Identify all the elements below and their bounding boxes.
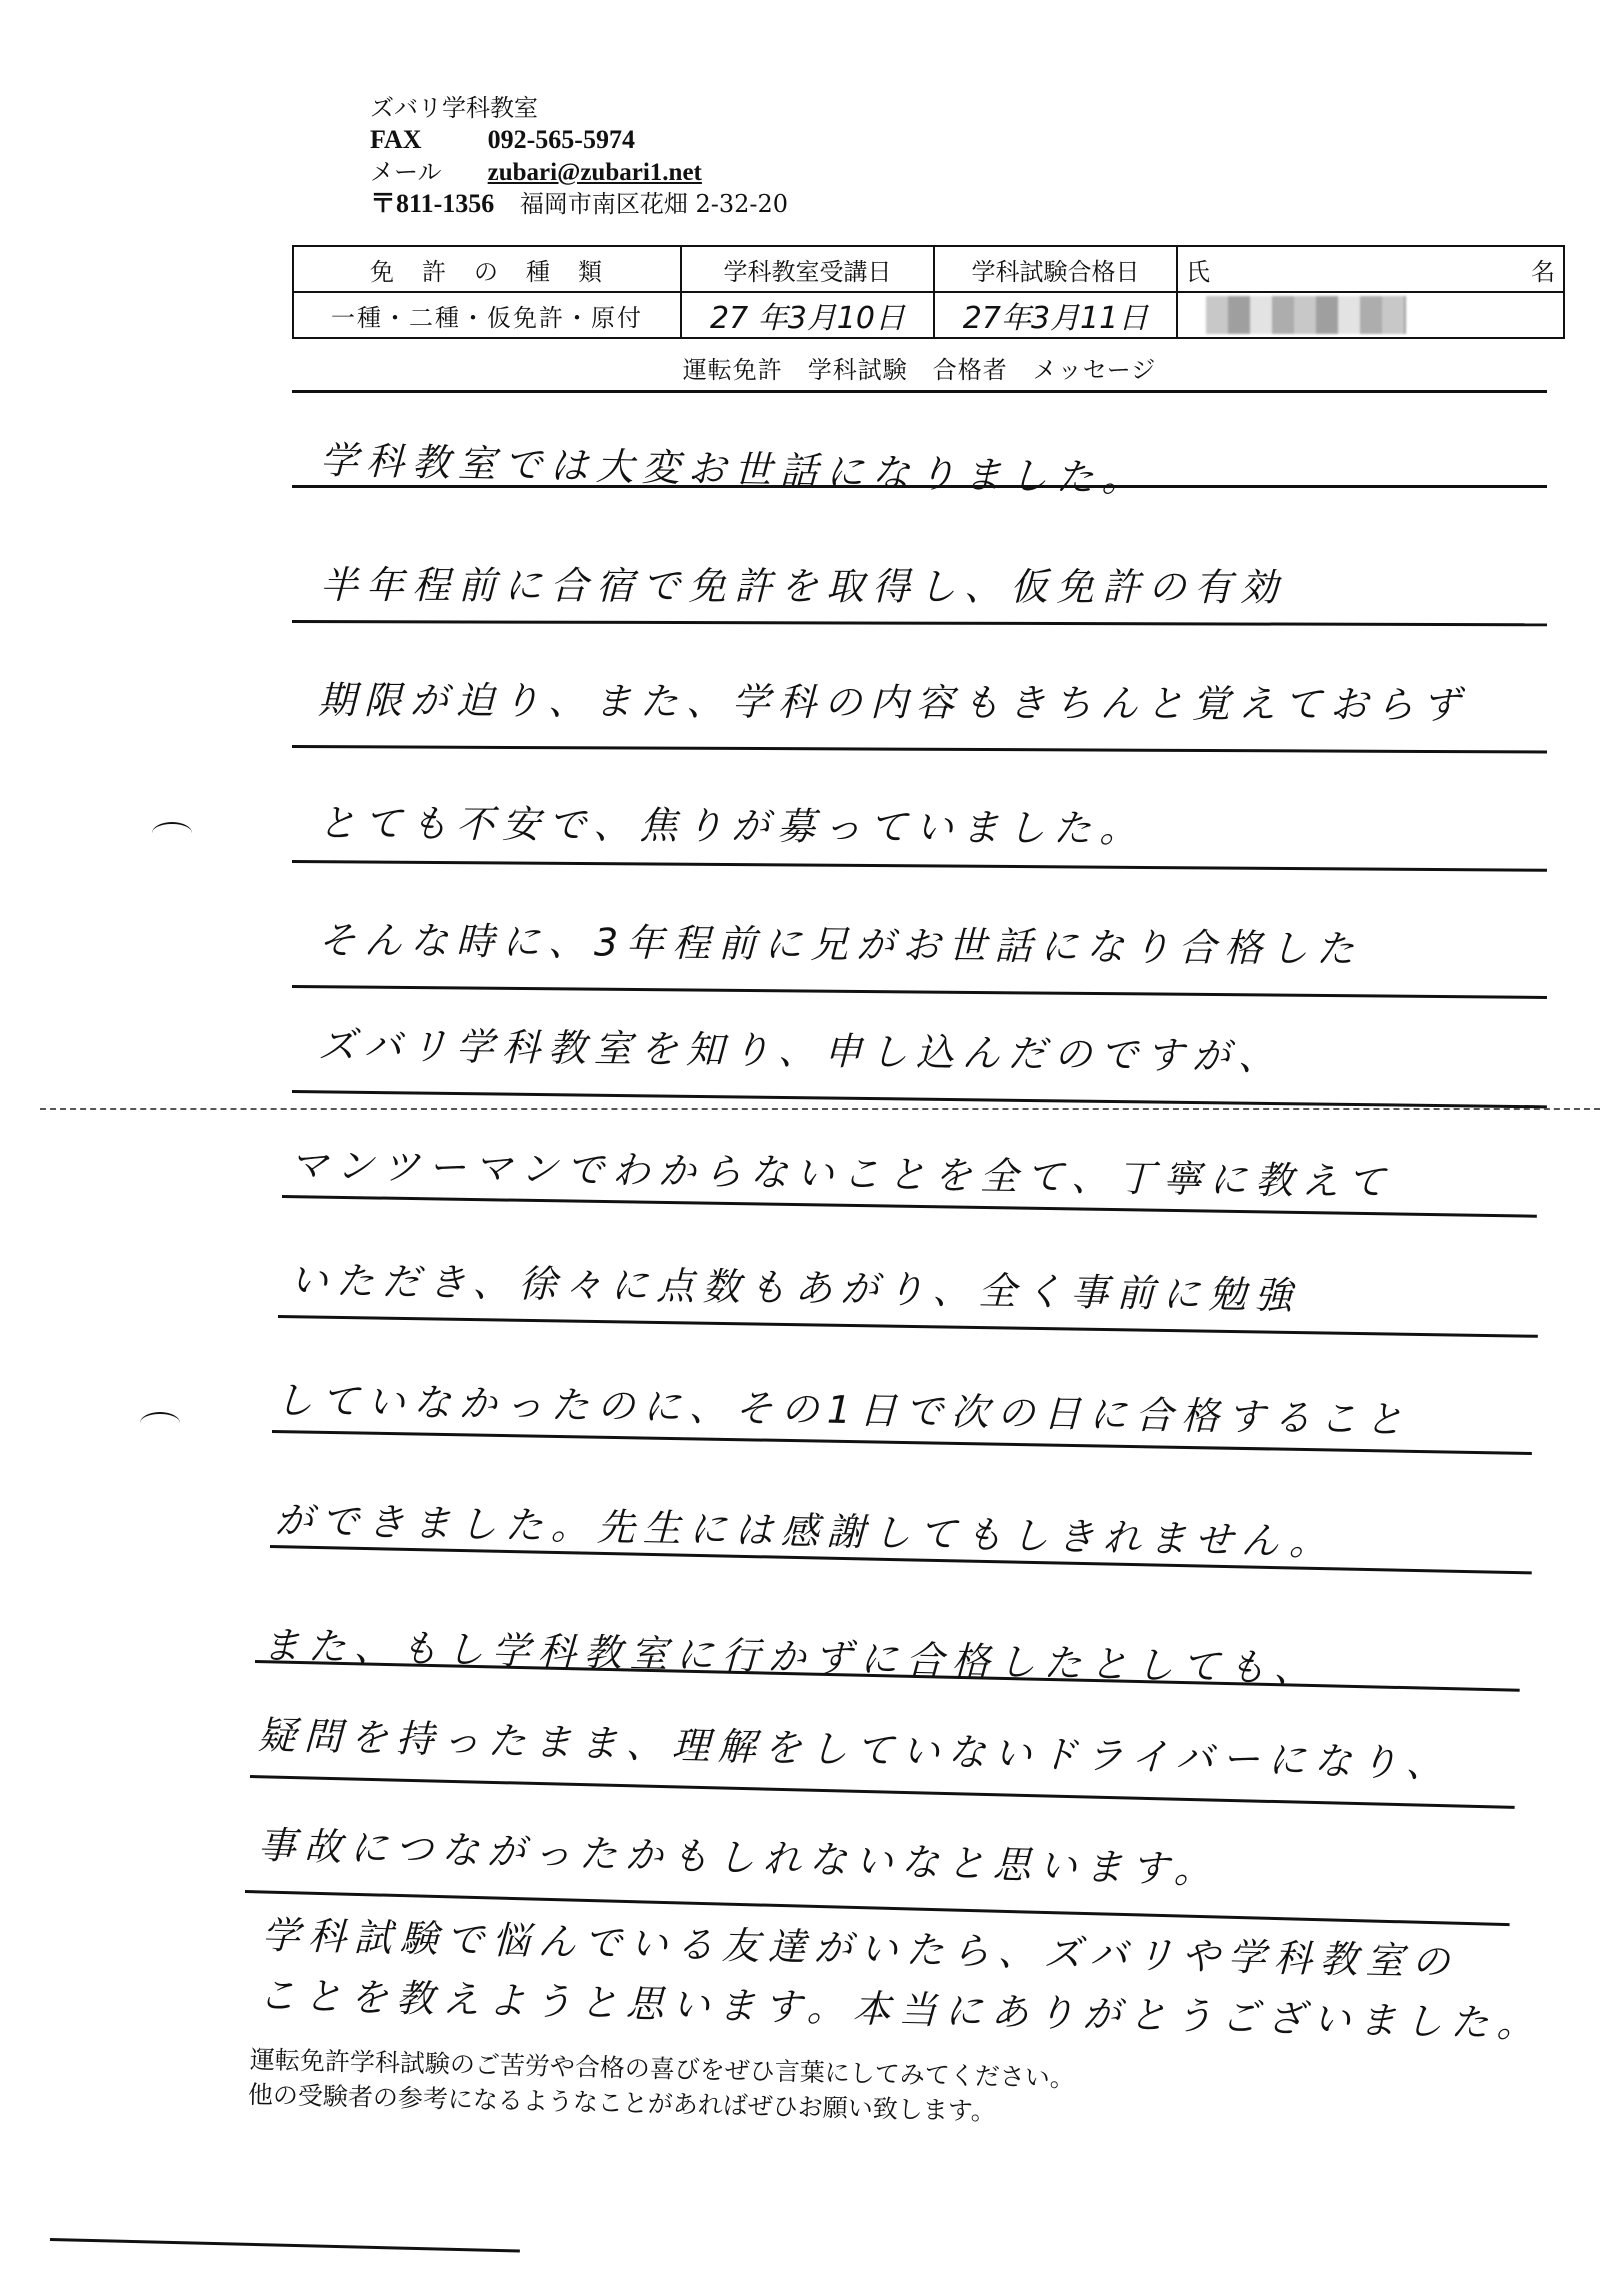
message-line: とても不安で、焦りが募っていました。 bbox=[318, 792, 1146, 853]
applicant-info-table: 免 許 の 種 類 学科教室受講日 学科試験合格日 氏 名 一種・二種・仮免許・… bbox=[292, 245, 1565, 339]
message-line: いただき、徐々に点数もあがり、全く事前に勉強 bbox=[290, 1249, 1301, 1320]
ruled-line bbox=[292, 860, 1547, 872]
name-header-given: 名 bbox=[1531, 252, 1555, 287]
scan-mark bbox=[152, 822, 192, 844]
fax-number: 092-565-5974 bbox=[488, 125, 635, 154]
pass-date-value: 27年3月11日 bbox=[934, 292, 1177, 338]
message-line: 事故につながったかもしれないなと思います。 bbox=[257, 1814, 1220, 1894]
fax-row: FAX 092-565-5974 bbox=[370, 124, 788, 156]
scan-mark bbox=[140, 1412, 180, 1434]
subtitle-rule bbox=[292, 390, 1547, 393]
table-header-row: 免 許 の 種 類 学科教室受講日 学科試験合格日 氏 名 bbox=[293, 246, 1564, 292]
message-line: 学科教室では大変お世話になりました。 bbox=[319, 429, 1148, 503]
message-line: マンツーマンでわからないことを全て、丁寧に教えて bbox=[290, 1134, 1394, 1206]
address: 福岡市南区花畑 2-32-20 bbox=[520, 190, 788, 218]
message-line: 期限が迫り、また、学科の内容もきちんと覚えておらず bbox=[318, 669, 1468, 729]
bottom-rule bbox=[50, 2238, 520, 2252]
postal-code: 〒811-1356 bbox=[370, 189, 494, 218]
pass-date-header: 学科試験合格日 bbox=[934, 246, 1177, 292]
ruled-line bbox=[292, 1090, 1547, 1108]
ruled-line bbox=[278, 1315, 1538, 1338]
message-line: そんな時に、3年程前に兄がお世話になり合格した bbox=[318, 909, 1363, 973]
ruled-line bbox=[292, 745, 1547, 753]
license-type-options: 一種・二種・仮免許・原付 bbox=[293, 292, 681, 338]
fax-label: FAX bbox=[370, 124, 480, 156]
school-name: ズバリ学科教室 bbox=[370, 92, 788, 124]
ruled-line bbox=[292, 485, 1547, 488]
name-header: 氏 名 bbox=[1177, 246, 1564, 292]
address-row: 〒811-1356 福岡市南区花畑 2-32-20 bbox=[370, 188, 788, 220]
blurred-name bbox=[1206, 296, 1406, 334]
message-line: ができました。先生には感謝してもしきれません。 bbox=[274, 1489, 1335, 1566]
ruled-line bbox=[292, 985, 1547, 999]
class-date-value: 27 年3月10日 bbox=[681, 292, 934, 338]
email-label: メール bbox=[370, 156, 480, 188]
ruled-line bbox=[292, 620, 1547, 626]
class-date-header: 学科教室受講日 bbox=[681, 246, 934, 292]
email-link[interactable]: zubari@zubari1.net bbox=[488, 159, 702, 186]
message-line: ズバリ学科教室を知り、申し込んだのですが、 bbox=[318, 1014, 1285, 1081]
form-subtitle: 運転免許 学科試験 合格者 メッセージ bbox=[292, 350, 1547, 385]
message-line: 半年程前に合宿で免許を取得し、仮免許の有効 bbox=[320, 554, 1286, 612]
license-type-header: 免 許 の 種 類 bbox=[293, 246, 681, 292]
email-row: メール zubari@zubari1.net bbox=[370, 156, 788, 188]
name-value bbox=[1177, 292, 1564, 338]
name-header-family: 氏 bbox=[1186, 252, 1210, 287]
school-header: ズバリ学科教室 FAX 092-565-5974 メール zubari@zuba… bbox=[370, 92, 788, 220]
message-line: 疑問を持ったまま、理解をしていないドライバーになり、 bbox=[257, 1704, 1452, 1788]
table-value-row: 一種・二種・仮免許・原付 27 年3月10日 27年3月11日 bbox=[293, 292, 1564, 338]
scan-dash-line bbox=[40, 1108, 1600, 1110]
